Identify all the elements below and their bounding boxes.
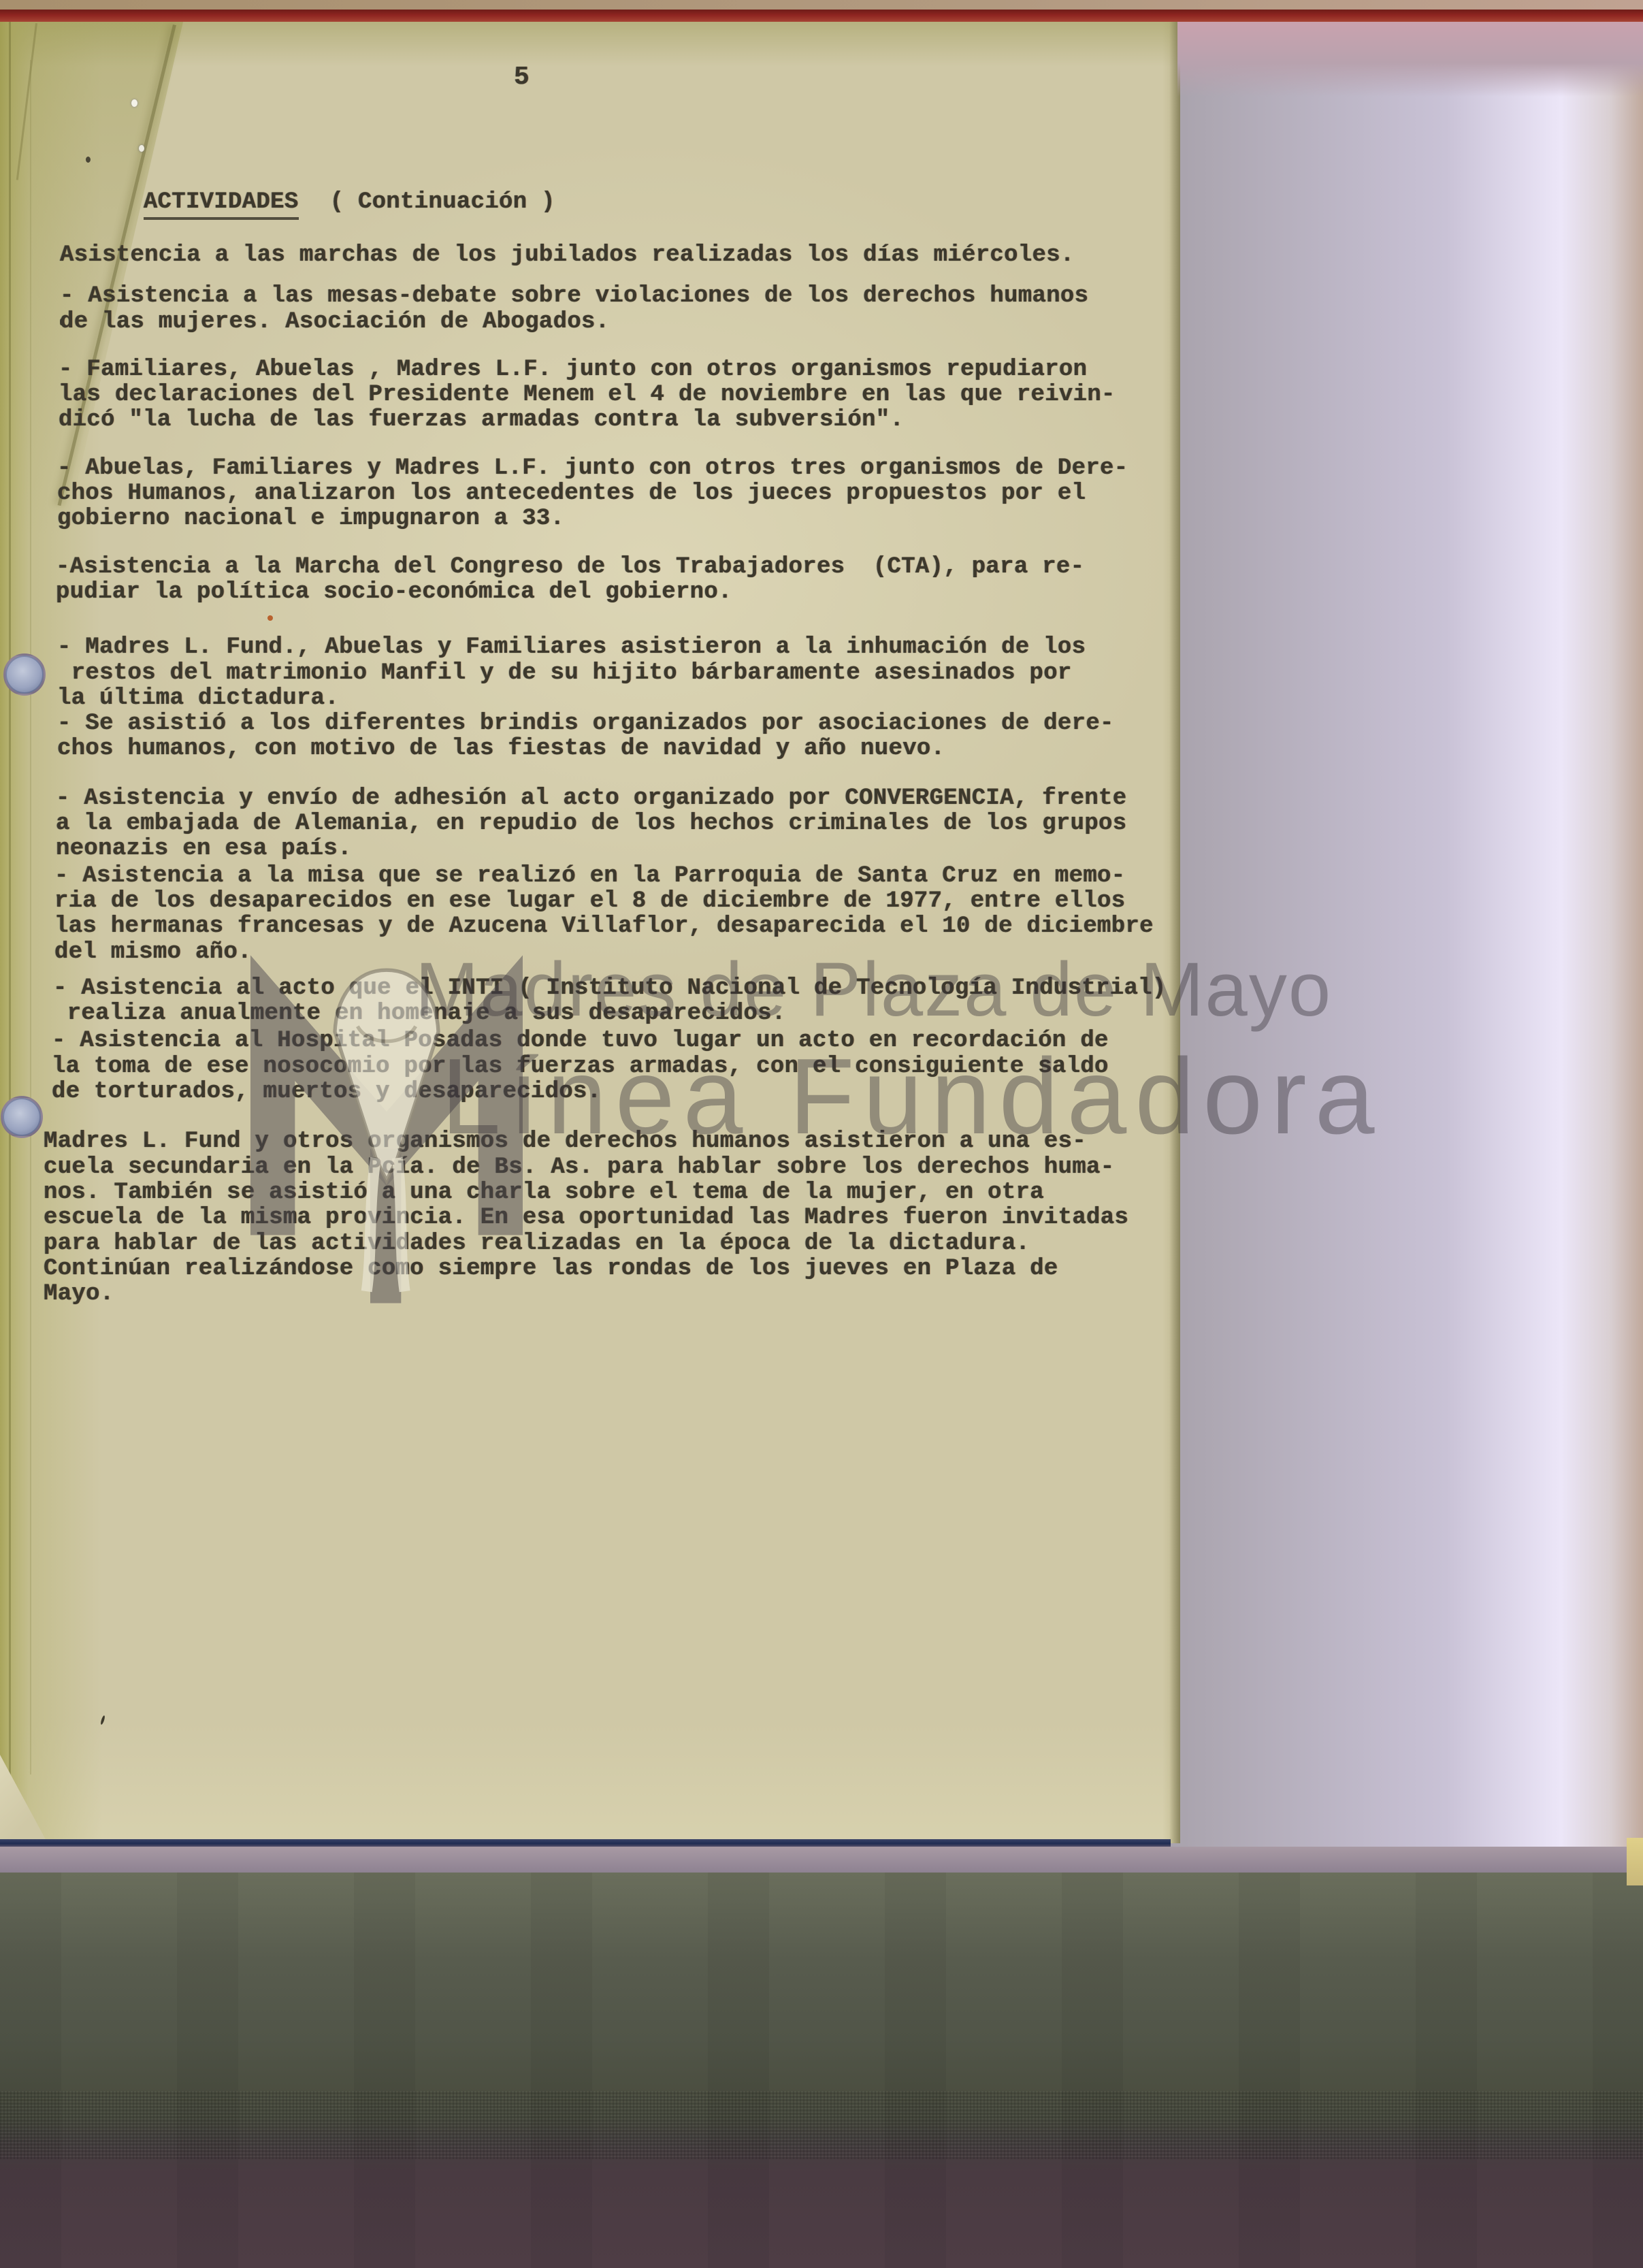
top-red-line: [0, 10, 1643, 22]
paper-left-edge-line: [9, 19, 11, 1843]
paragraph: - Asistencia y envío de adhesión al acto…: [44, 786, 1214, 862]
ink-speck: [100, 1715, 105, 1726]
section-heading-note: ( Continuación ): [330, 189, 555, 215]
paragraph: - Familiares, Abuelas , Madres L.F. junt…: [44, 357, 1214, 434]
watermark-text-line1: Madres de Plaza de Mayo: [415, 952, 1332, 1028]
punch-hole: [3, 653, 46, 696]
paragraph: - Abuelas, Familiares y Madres L.F. junt…: [44, 456, 1214, 532]
paragraph: - Madres L. Fund., Abuelas y Familiares …: [44, 635, 1214, 711]
section-heading: ACTIVIDADES: [144, 189, 299, 220]
paragraph: - Asistencia a las mesas-debate sobre vi…: [44, 284, 1214, 335]
paragraph: - Se asistió a los diferentes brindis or…: [44, 711, 1214, 762]
scanner-pink-fade: [1177, 22, 1643, 97]
section-heading-row: ACTIVIDADES( Continuación ): [87, 163, 555, 241]
paragraph: Continúan realizándose como siempre las …: [44, 1257, 1214, 1308]
scanner-bottom-dark-band: [0, 1873, 1643, 2268]
paper-left-fold-line: [30, 60, 31, 1775]
paragraph: -Asistencia a la Marcha del Congreso de …: [44, 555, 1214, 606]
paper-speck: [139, 145, 144, 152]
paper-speck: [131, 99, 137, 107]
dog-ear-fold: [0, 1755, 48, 1843]
paper-bottom-edge-line: [0, 1839, 1171, 1847]
ink-speck: [86, 157, 91, 163]
scanner-noise-band: [0, 2091, 1643, 2159]
page-number: 5: [514, 63, 530, 92]
watermark-text-line2: Línea Fundadora: [441, 1043, 1383, 1150]
punch-hole: [1, 1096, 43, 1138]
scanner-edge-sliver: [1627, 1838, 1643, 1885]
paragraph: Asistencia a las marchas de los jubilado…: [44, 243, 1214, 268]
scanner-bottom-mauve-band: [0, 1847, 1643, 1873]
scanned-document-page: 5 ACTIVIDADES( Continuación ) Asistencia…: [0, 0, 1643, 2268]
scanner-top-band: [0, 0, 1643, 10]
